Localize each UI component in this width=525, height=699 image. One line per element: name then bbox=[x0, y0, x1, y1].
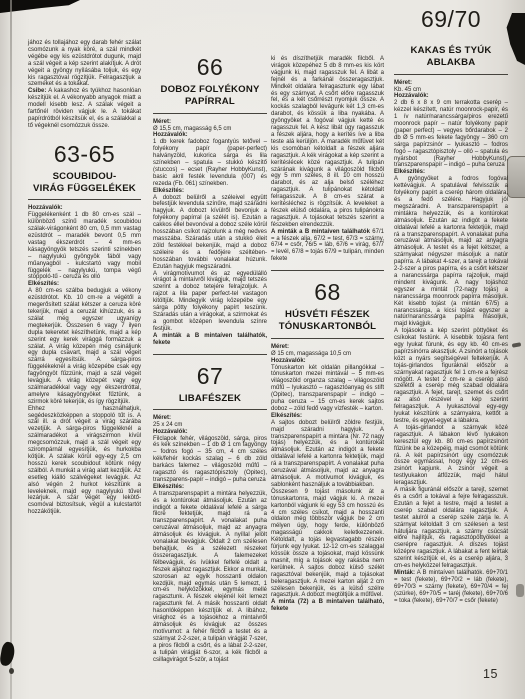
meret-value: Ø 15,5 cm, magasság 6,5 cm bbox=[153, 126, 267, 133]
scan-speck-bottom-left bbox=[9, 668, 14, 674]
hozzavalok-label: Hozzávalók: bbox=[28, 205, 141, 212]
section-66: 66 DOBOZ FOLYÉKONY PAPÍRRAL Méret: Ø 15,… bbox=[153, 55, 267, 347]
section-number: 69/70 bbox=[394, 7, 508, 31]
mintak-label: Minták: bbox=[394, 570, 415, 576]
section-title: HÚSVÉTI FÉSZEK TÓNUSKARTONBÓL bbox=[271, 309, 384, 339]
elkeszites-text: A sajtos dobozt belülről zöldre festjük,… bbox=[271, 420, 384, 489]
section-63-65: 63-65 SCOUBIDOU- VIRÁG FÜGGELÉKEK Hozzáv… bbox=[28, 142, 141, 516]
meret-label: Méret: bbox=[153, 415, 267, 422]
hozzavalok-text: 2 db 6 x 8 x 9 cm terrakotta cserép – ké… bbox=[394, 100, 508, 169]
section-title-line2: ABLAKBA bbox=[394, 57, 508, 69]
hozzavalok-label: Hozzávalók: bbox=[394, 93, 508, 100]
column-2: 66 DOBOZ FOLYÉKONY PAPÍRRAL Méret: Ø 15,… bbox=[153, 46, 267, 663]
section-title: KAKAS ÉS TYÚK ABLAKBA bbox=[394, 45, 508, 75]
csibe-text: A kakashoz és tyúkhoz hasonlóan készítjü… bbox=[28, 88, 141, 129]
elkeszites-text: Ehhez használhatjuk, segédeszközképpen a… bbox=[28, 406, 141, 517]
pattern-note: A minták a B mintaíven találhatók 67/1 =… bbox=[271, 229, 384, 264]
section-title: LIBAFÉSZEK bbox=[153, 393, 267, 410]
elkeszites-text: Összesen 9 tojást másolunk át a tónuskar… bbox=[271, 489, 384, 600]
hozzavalok-text: 1 db kerek fadoboz fogantyús tetővel – f… bbox=[153, 139, 267, 187]
scan-mark-right-upper bbox=[512, 342, 522, 348]
mintak-paragraph: Minták: A B mintaíven találhatók. 69+70/… bbox=[394, 570, 508, 605]
section-number: 63-65 bbox=[28, 142, 141, 166]
elkeszites-label: Elkészítés: bbox=[153, 188, 267, 195]
page-marker-tab bbox=[507, 156, 525, 198]
section-69-70: 69/70 KAKAS ÉS TYÚK ABLAKBA Méret: Kb. 4… bbox=[394, 7, 508, 604]
scan-artifact-top-left bbox=[0, 0, 80, 13]
hozzavalok-text: Filclapok fehér, világoszöld, sárga, pir… bbox=[153, 436, 267, 484]
pattern-note-lead: A minták a B mintaíven találhatók bbox=[271, 229, 370, 235]
elkeszites-text: A tojásokra a kép szerint pöttyöket és c… bbox=[394, 328, 508, 425]
section-number: 67 bbox=[153, 364, 267, 388]
meret-value: Kb. 45 cm bbox=[394, 87, 508, 94]
elkeszites-text: A dobozt belülről a széleivel együtt bef… bbox=[153, 195, 267, 271]
elkeszites-label: Elkészítés: bbox=[153, 484, 267, 491]
scan-mark-right-lower bbox=[516, 584, 524, 597]
column-4: 69/70 KAKAS ÉS TYÚK ABLAKBA Méret: Kb. 4… bbox=[394, 6, 508, 604]
column-1: jához és tollajához egy darab fehér szál… bbox=[28, 40, 141, 516]
meret-label: Méret: bbox=[271, 344, 384, 351]
elkeszites-label: Elkészítés: bbox=[394, 169, 508, 176]
hozzavalok-text: Függelékenként 1 db 80 cm-es szál – külö… bbox=[28, 212, 141, 281]
section-title-line2: TÓNUSKARTONBÓL bbox=[271, 321, 384, 333]
section-title-line1: DOBOZ FOLYÉKONY bbox=[153, 84, 267, 96]
meret-value: 25 x 24 cm bbox=[153, 422, 267, 429]
section-title: SCOUBIDOU- VIRÁG FÜGGELÉKEK bbox=[28, 171, 141, 201]
scan-mark-bottom-left bbox=[0, 641, 16, 667]
section-title: DOBOZ FOLYÉKONY PAPÍRRAL bbox=[153, 84, 267, 114]
pattern-note: A minta (72) a B mintaíven található, fe… bbox=[271, 599, 384, 613]
page-crease-left bbox=[10, 0, 12, 699]
scanned-magazine-page: jához és tollajához egy darab fehér szál… bbox=[0, 0, 525, 699]
scan-artifact-top-right bbox=[505, 13, 525, 65]
column-3: ki és díszíthetjük maradék filcből. A vi… bbox=[271, 56, 384, 613]
section-title-line1: HÚSVÉTI FÉSZEK bbox=[271, 309, 384, 321]
csibe-label: Csibe: bbox=[28, 88, 46, 94]
meret-label: Méret: bbox=[153, 119, 267, 126]
elkeszites-text: A gyöngyöket a fodros fogóval kettévágju… bbox=[394, 176, 508, 328]
elkeszites-text: A másik figuránál először a tarejt, szem… bbox=[394, 487, 508, 570]
meret-value: Ø 15 cm, magassága 10,5 cm bbox=[271, 351, 384, 358]
hozzavalok-text: Tónuskarton két oldalán pillangókkal – t… bbox=[271, 365, 384, 413]
elkeszites-text: A 80 cm-es szálba bedugjuk a vékony ezüs… bbox=[28, 288, 141, 405]
section-title-line1: SCOUBIDOU- bbox=[28, 171, 141, 183]
elkeszites-text: A virágmotívumot és az egyedülálló virág… bbox=[153, 271, 267, 333]
elkeszites-label: Elkészítés: bbox=[28, 281, 141, 288]
hozzavalok-label: Hozzávalók: bbox=[271, 358, 384, 365]
section-68: 68 HÚSVÉTI FÉSZEK TÓNUSKARTONBÓL Méret: … bbox=[271, 270, 384, 613]
lead-paragraph: jához és tollajához egy darab fehér szál… bbox=[28, 40, 141, 88]
elkeszites-text: A tojás-girlandot a szárnyak közé ragasz… bbox=[394, 425, 508, 487]
elkeszites-label: Elkészítés: bbox=[271, 413, 384, 420]
elkeszites-text: A transzparenspapírt a mintára helyezzük… bbox=[153, 491, 267, 664]
pattern-note: A minták a B mintaíven találhatók, feket… bbox=[153, 333, 267, 347]
hozzavalok-label: Hozzávalók: bbox=[153, 132, 267, 139]
csibe-paragraph: Csibe: A kakashoz és tyúkhoz hasonlóan k… bbox=[28, 88, 141, 129]
page-number: 15 bbox=[483, 667, 498, 681]
section-67-continuation: ki és díszíthetjük maradék filcből. A vi… bbox=[271, 56, 384, 229]
section-number: 68 bbox=[271, 280, 384, 304]
section-number: 66 bbox=[153, 55, 267, 79]
hozzavalok-label: Hozzávalók: bbox=[153, 429, 267, 436]
section-67: 67 LIBAFÉSZEK Méret: 25 x 24 cm Hozzával… bbox=[153, 354, 267, 664]
section-title-line2: PAPÍRRAL bbox=[153, 96, 267, 108]
section-title-line1: LIBAFÉSZEK bbox=[153, 393, 267, 405]
section-title-line2: VIRÁG FÜGGELÉKEK bbox=[28, 183, 141, 195]
section-title-line1: KAKAS ÉS TYÚK bbox=[394, 45, 508, 57]
meret-label: Méret: bbox=[394, 80, 508, 87]
